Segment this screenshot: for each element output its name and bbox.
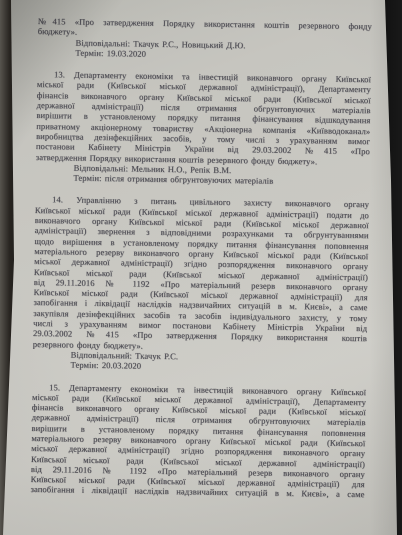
section-item-14: 14. Управлінню з питань цивільного захис…	[32, 194, 369, 374]
section-intro-continuation: №415 «Про затвердження Порядку використа…	[37, 16, 372, 62]
document-page: №415 «Про затвердження Порядку використа…	[0, 0, 402, 535]
document-text: №415 «Про затвердження Порядку використа…	[30, 16, 371, 500]
section-item-15: 15. Департаменту економіки та інвестицій…	[30, 381, 366, 499]
photo-background: №415 «Про затвердження Порядку використа…	[0, 0, 402, 535]
section-item-13: 13. Департаменту економіки та інвестицій…	[35, 69, 371, 187]
